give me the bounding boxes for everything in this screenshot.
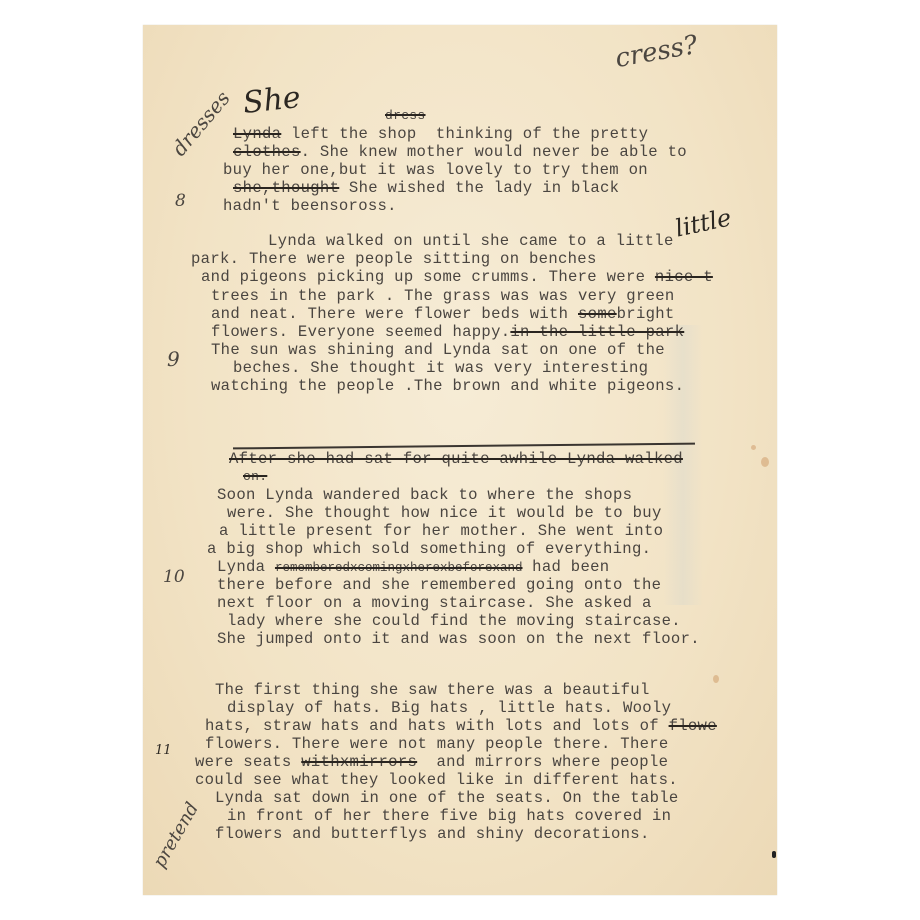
paper-stain (713, 675, 719, 683)
typed-line: Lynda rememberedxcomingxherexbeforexand … (217, 558, 609, 577)
typed-line: there before and she remembered going on… (217, 576, 661, 594)
struck-word: nice t (655, 268, 713, 286)
struck-line: After she had sat for quite awhile Lynda… (229, 450, 683, 468)
struck-word: flowe (669, 717, 717, 735)
manuscript-page: cress? She dresses 8 little 9 10 11 pret… (143, 25, 777, 895)
typed-line: The sun was shining and Lynda sat on one… (211, 341, 665, 359)
typed-line: Soon Lynda wandered back to where the sh… (217, 486, 632, 504)
typed-line: and neat. There were flower beds with so… (211, 305, 675, 323)
typed-line: flowers and butterflys and shiny decorat… (215, 825, 650, 843)
typed-line: next floor on a moving staircase. She as… (217, 594, 652, 612)
line-text: bright (617, 305, 675, 323)
paper-stain (761, 457, 769, 467)
struck-word: Lynda (233, 125, 281, 143)
typed-line: Lynda sat down in one of the seats. On t… (215, 789, 679, 807)
line-text: flowers. Everyone seemed happy. (211, 323, 510, 341)
typed-line: could see what they looked like in diffe… (195, 771, 678, 789)
note-cress: cress? (613, 30, 700, 74)
note-dresses: dresses (167, 86, 235, 160)
typed-line: display of hats. Big hats , little hats.… (227, 699, 671, 717)
typed-line: lady where she could find the moving sta… (227, 612, 681, 630)
line-text: hats, straw hats and hats with lots and … (205, 717, 669, 735)
typed-line: She jumped onto it and was soon on the n… (217, 630, 700, 648)
note-she: She (241, 80, 302, 121)
note-11: 11 (155, 743, 172, 758)
line-text: and neat. There were flower beds with (211, 305, 578, 323)
typed-line: Lynda walked on until she came to a litt… (268, 232, 674, 250)
typed-line: flowers. There were not many people ther… (205, 735, 669, 753)
typed-line: on. (243, 468, 267, 486)
note-9: 9 (167, 347, 180, 371)
line-text: had been (523, 558, 610, 576)
typed-line: trees in the park . The grass was was ve… (211, 287, 675, 305)
typed-line: The first thing she saw there was a beau… (215, 681, 650, 699)
typed-line: were. She thought how nice it would be t… (227, 504, 662, 522)
struck-word: rememberedxcomingxherexbeforexand (275, 561, 523, 575)
struck-word: clothes (233, 143, 301, 161)
note-8: 8 (175, 191, 186, 211)
struck-word: some (578, 305, 617, 323)
struck-word: withxmirrors (301, 753, 417, 771)
line-text: She wished the lady in black (339, 179, 619, 197)
note-10: 10 (163, 567, 185, 587)
struck-word: in the little park (510, 323, 684, 341)
typed-line: park. There were people sitting on bench… (191, 250, 597, 268)
typed-line: clothes. She knew mother would never be … (233, 143, 687, 161)
paper-stain (751, 445, 756, 450)
struck-word: on. (243, 469, 267, 484)
typed-line: watching the people .The brown and white… (211, 377, 684, 395)
line-text: and pigeons picking up some crumms. Ther… (201, 268, 655, 286)
note-little: little (673, 203, 734, 242)
strike-stroke (233, 443, 695, 450)
struck-word: she,thought (233, 179, 339, 197)
struck-word: dress (385, 108, 426, 123)
line-text: Lynda (217, 558, 275, 576)
typed-line: she,thought She wished the lady in black (233, 179, 619, 197)
line-text: . She knew mother would never be able to (301, 143, 687, 161)
typed-line: a little present for her mother. She wen… (219, 522, 663, 540)
typed-line: and pigeons picking up some crumms. Ther… (201, 268, 713, 286)
typed-line: Lynda left the shop thinking of the pret… (233, 125, 648, 143)
typed-line: hats, straw hats and hats with lots and … (205, 717, 717, 735)
typed-line: were seats withxmirrors and mirrors wher… (195, 753, 668, 771)
note-pretend: pretend (149, 799, 203, 872)
line-text: left the shop thinking of the pretty (281, 125, 648, 143)
line-text: and mirrors where people (417, 753, 668, 771)
typed-line: After she had sat for quite awhile Lynda… (229, 450, 683, 468)
typed-line: flowers. Everyone seemed happy.in the li… (211, 323, 684, 341)
typed-line: in front of her there five big hats cove… (227, 807, 671, 825)
typed-line: buy her one,but it was lovely to try the… (223, 161, 648, 179)
typed-line: a big shop which sold something of every… (207, 540, 651, 558)
ink-dot (772, 851, 776, 858)
typed-line: beches. She thought it was very interest… (233, 359, 648, 377)
typed-line: hadn't beensoross. (223, 197, 397, 215)
line-text: were seats (195, 753, 301, 771)
